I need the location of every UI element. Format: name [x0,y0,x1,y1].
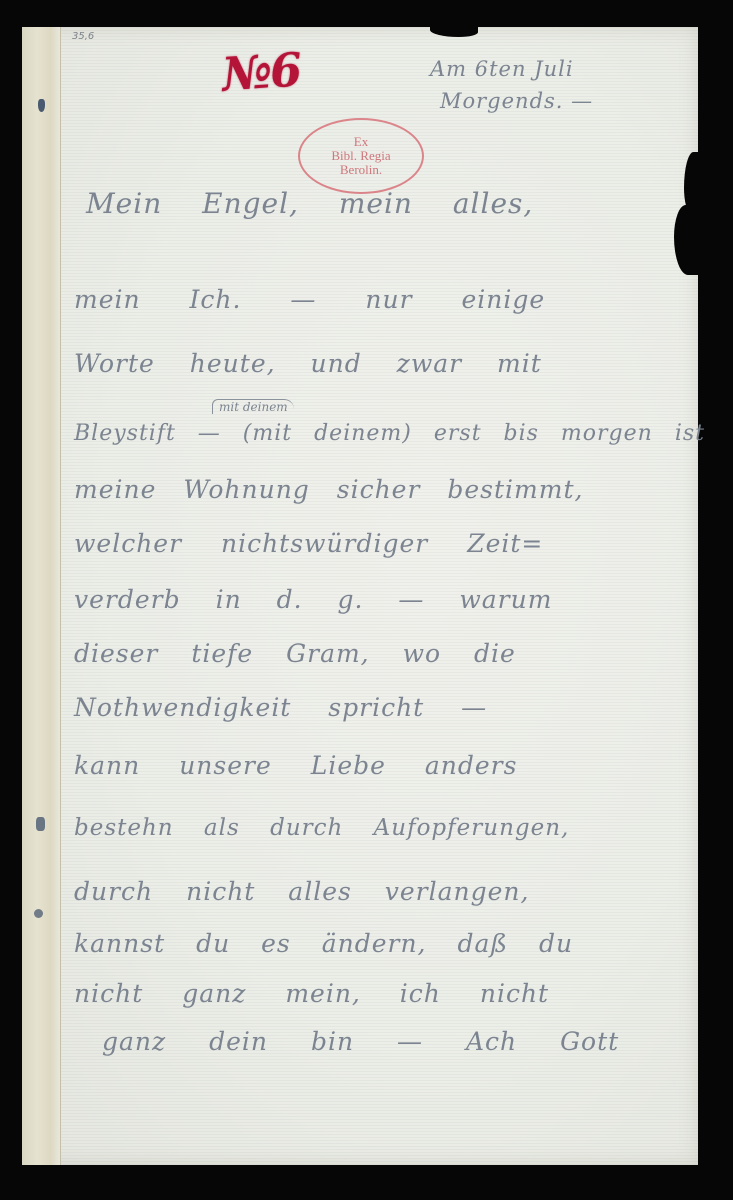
body-line-5: meine Wohnung sicher bestimmt, [74,475,583,504]
binding-strip [22,27,61,1165]
body-line-4: Bleystift — (mit deinem) erst bis morgen… [74,421,705,446]
body-line-3: Worte heute, und zwar mit [74,349,542,378]
library-stamp-line-1: Ex [354,135,368,149]
binding-mark-top [38,99,45,112]
body-line-1: Mein Engel, mein alles, [86,187,533,220]
body-line-7: verderb in d. g. — warum [74,585,552,614]
library-stamp-line-2: Bibl. Regia [331,149,390,163]
body-line-6: welcher nichtswürdiger Zeit= [74,529,543,558]
time-line: Morgends. — [440,89,593,113]
binding-mark-mid [36,817,45,831]
body-line-8: dieser tiefe Gram, wo die [74,639,516,668]
body-line-14: nicht ganz mein, ich nicht [74,979,549,1008]
torn-edge-top [430,25,478,37]
folio-number: 35,6 [72,31,94,42]
red-number-stamp: №6 [220,42,302,101]
torn-edge-right-lower [674,205,700,275]
body-line-12: durch nicht alles verlangen, [74,877,529,906]
library-stamp: Ex Bibl. Regia Berolin. [298,118,424,194]
body-line-13: kannst du es ändern, daß du [74,929,573,958]
torn-edge-right-upper [684,152,700,212]
manuscript-page: 35,6 №6 Ex Bibl. Regia Berolin. Am 6ten … [22,27,698,1165]
body-line-2: mein Ich. — nur einige [74,285,545,314]
body-line-9: Nothwendigkeit spricht — [74,693,487,722]
body-line-15: ganz dein bin — Ach Gott [102,1027,619,1056]
library-stamp-line-3: Berolin. [340,163,382,177]
body-line-10: kann unsere Liebe anders [74,751,517,780]
binding-mark-dot [34,909,43,918]
body-line-11: bestehn als durch Aufopferungen, [74,815,569,841]
insertion-note: mit deinem [212,399,294,414]
date-line: Am 6ten Juli [430,57,574,81]
